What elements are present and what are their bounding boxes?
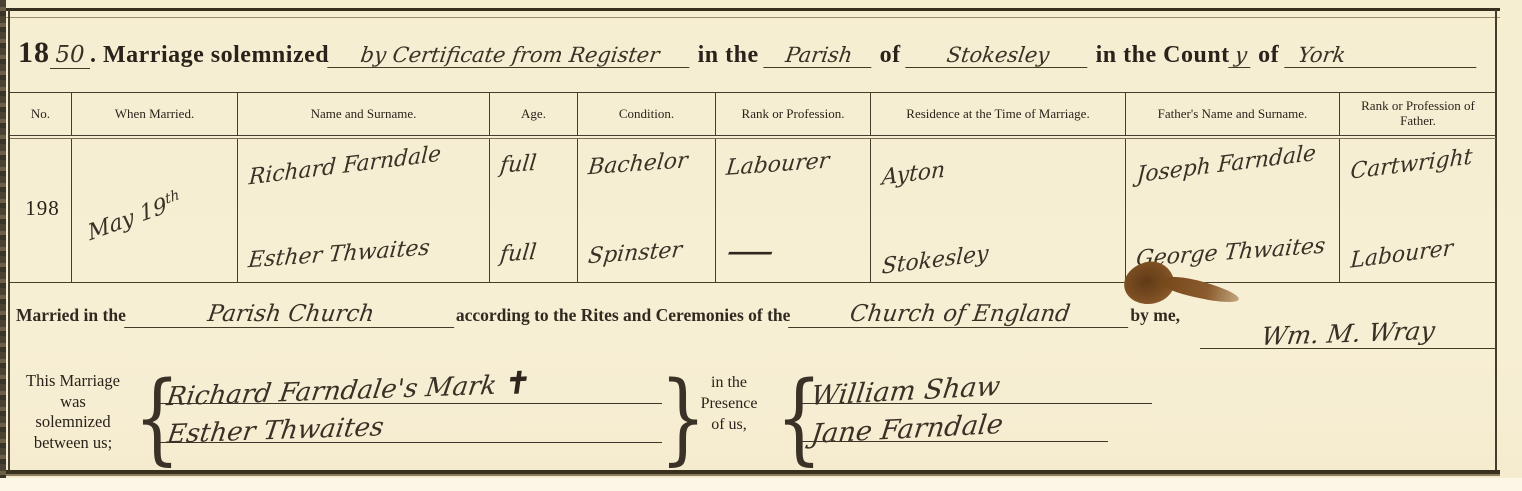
table-row: 198 May 19th Richard Farndale Esther Thw…: [10, 139, 1496, 283]
witness-1-line: William Shaw: [800, 365, 1152, 404]
groom-name-handwritten: Richard Farndale: [248, 137, 483, 191]
label-county: in the Count: [1089, 42, 1230, 69]
register-table: No. When Married. Name and Surname. Age.…: [10, 92, 1496, 283]
when-married-handwritten: May 19th: [86, 170, 230, 246]
label-was: was: [10, 392, 136, 413]
method-handwritten: by Certificate from Register: [327, 43, 693, 68]
col-header-father-rank: Rank or Profession of Father.: [1340, 93, 1496, 135]
label-solemnized: solemnized: [10, 412, 136, 433]
bride-residence-handwritten: Stokesley: [881, 225, 1119, 279]
label-between-us: between us;: [10, 433, 136, 454]
entry-number: 198: [25, 196, 60, 221]
cell-ages: full full: [490, 139, 578, 283]
groom-signature-line: Richard Farndale's Mark ✝: [160, 365, 662, 404]
col-header-when-married: When Married.: [72, 93, 238, 135]
label-of-1: of: [873, 42, 907, 69]
col-header-age: Age.: [490, 93, 578, 135]
couple-signatures: Richard Farndale's Mark ✝ Esther Thwaite…: [160, 365, 662, 443]
table-header-row: No. When Married. Name and Surname. Age.…: [10, 93, 1496, 136]
col-header-residence: Residence at the Time of Marriage.: [871, 93, 1126, 135]
bride-name-handwritten: Esther Thwaites: [247, 232, 484, 274]
bride-signature-line: Esther Thwaites: [160, 404, 662, 443]
label-in-the-presence-2: Presence: [686, 394, 772, 415]
ceremony-place-handwritten: Parish Church: [124, 301, 458, 328]
cell-professions: Labourer —: [716, 139, 871, 283]
groom-residence-handwritten: Ayton: [881, 136, 1119, 190]
cell-conditions: Bachelor Spinster: [578, 139, 716, 283]
county-y-handwritten: y: [1228, 43, 1254, 68]
cell-names: Richard Farndale Esther Thwaites: [238, 139, 490, 283]
page-binding-edge: [0, 0, 6, 491]
witness-signatures: William Shaw Jane Farndale: [800, 365, 1152, 442]
bride-condition-handwritten: Spinster: [587, 236, 710, 270]
officiant-signature-line: Wm. M. Wray: [1200, 319, 1496, 349]
col-header-no: No.: [10, 93, 72, 135]
ceremony-line: Married in the Parish Church according t…: [16, 301, 1180, 328]
label-in-the-presence-3: of us,: [686, 415, 772, 436]
groom-father-profession-handwritten: Cartwright: [1350, 142, 1490, 184]
marriage-register-page: 18 50 . Marriage solemnized by Certifica…: [0, 0, 1522, 491]
col-header-rank-profession: Rank or Profession.: [716, 93, 871, 135]
year-handwritten: 50: [50, 42, 90, 69]
cell-when-married: May 19th: [72, 139, 238, 283]
groom-father-handwritten: Joseph Farndale: [1136, 139, 1333, 188]
witness-2-handwritten: Jane Farndale: [809, 409, 1005, 450]
bride-father-profession-handwritten: Labourer: [1350, 231, 1490, 273]
groom-condition-handwritten: Bachelor: [587, 147, 710, 181]
cell-father-professions: Cartwright Labourer: [1340, 139, 1496, 283]
presence-label: in the Presence of us,: [686, 373, 772, 435]
bride-age-handwritten: full: [499, 237, 572, 267]
label-this-marriage: This Marriage: [10, 371, 136, 392]
label-in-the: in the: [691, 42, 765, 69]
bottom-rule: [6, 470, 1500, 474]
year-prefix: 18: [18, 36, 50, 70]
label-married-in-the: Married in the: [16, 305, 126, 326]
cell-residences: Ayton Stokesley: [871, 139, 1126, 283]
parish-handwritten: Parish: [763, 43, 875, 68]
page-lower-margin: [0, 478, 1522, 491]
signatures-section: This Marriage was solemnized between us;…: [10, 365, 1496, 470]
label-rites: according to the Rites and Ceremonies of…: [456, 305, 791, 326]
groom-age-handwritten: full: [499, 148, 572, 178]
top-rule-thick: [6, 8, 1500, 11]
form-header-line: 18 50 . Marriage solemnized by Certifica…: [18, 36, 1488, 70]
label-of-2: of: [1252, 42, 1286, 69]
witness-2-line: Jane Farndale: [800, 404, 1108, 442]
ceremony-church-handwritten: Church of England: [789, 301, 1133, 328]
date-ordinal-suffix: th: [164, 187, 181, 208]
top-rule-thin: [6, 17, 1500, 18]
place-handwritten: Stokesley: [905, 43, 1091, 68]
col-header-name-surname: Name and Surname.: [238, 93, 490, 135]
bride-signature-handwritten: Esther Thwaites: [165, 412, 385, 449]
officiant-signature-handwritten: Wm. M. Wray: [1259, 316, 1436, 351]
county-handwritten: York: [1284, 43, 1480, 68]
label-in-the-presence-1: in the: [686, 373, 772, 394]
col-header-condition: Condition.: [578, 93, 716, 135]
ceremony-section: Married in the Parish Church according t…: [10, 283, 1496, 365]
marriage-solemnized-label: This Marriage was solemnized between us;: [10, 371, 136, 454]
col-header-father-name: Father's Name and Surname.: [1126, 93, 1340, 135]
label-by-me: by me,: [1130, 305, 1180, 326]
groom-profession-handwritten: Labourer: [725, 146, 865, 181]
form-title: . Marriage solemnized: [90, 42, 329, 69]
cell-no: 198: [10, 139, 72, 283]
groom-mark-cross: ✝: [503, 366, 533, 402]
